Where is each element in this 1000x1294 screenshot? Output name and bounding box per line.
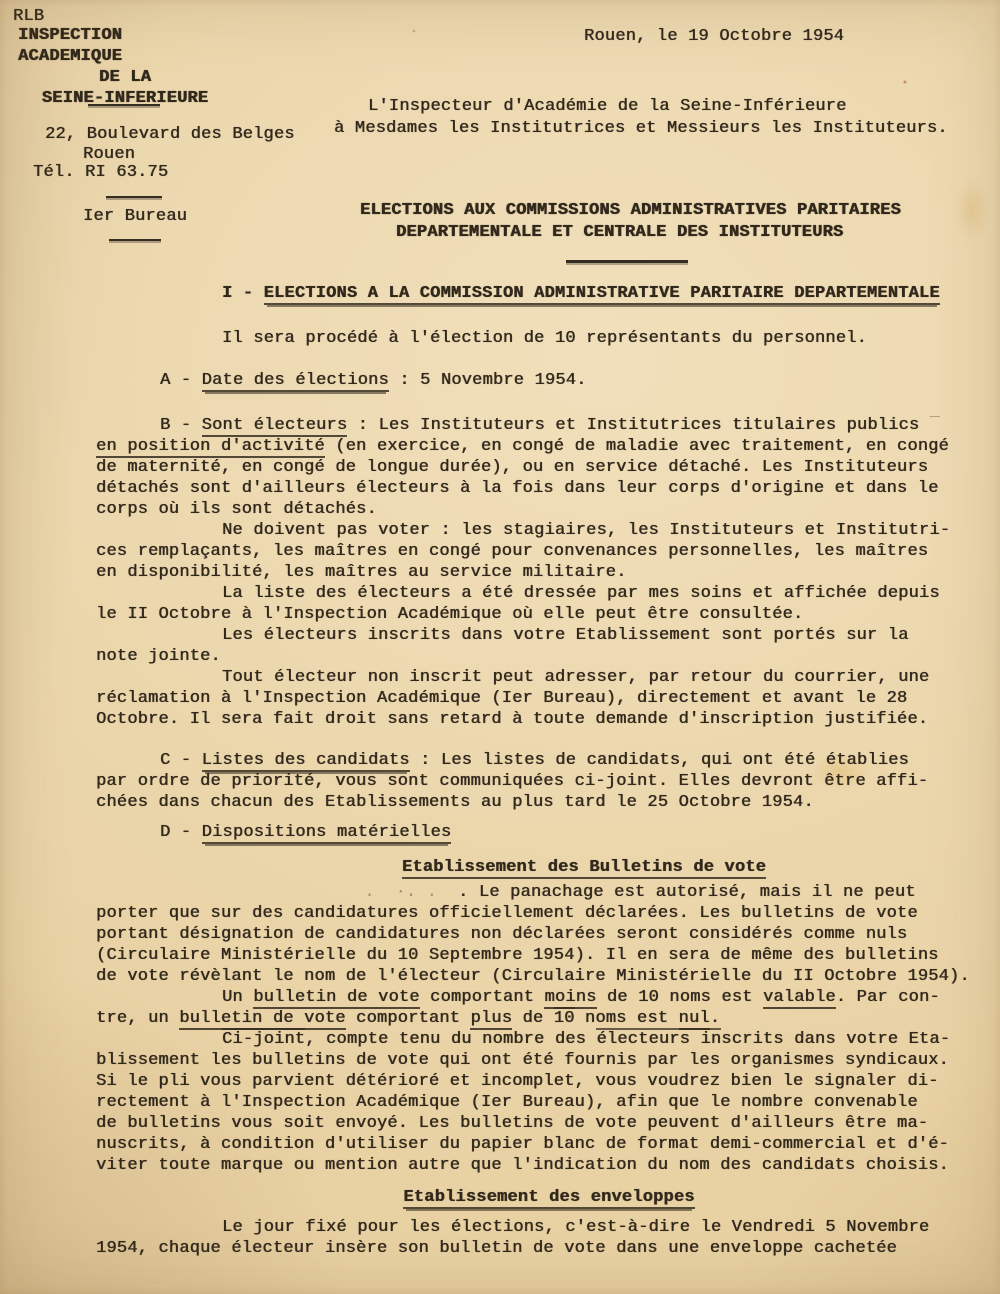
text-segment: La liste des électeurs a été dressée par… [222, 584, 940, 603]
text-segment: tre, un [96, 1009, 179, 1028]
reference-code: RLB [13, 6, 44, 27]
double-underlined-text: Date des élections [202, 371, 389, 392]
text-line: . ·. . . Le panachage est autorisé, mais… [354, 882, 972, 903]
underlined-text: plus [470, 1009, 512, 1030]
text-segment: Le jour fixé pour les élections, c'est-à… [222, 1218, 929, 1237]
subject-title-line: ELECTIONS AUX COMMISSIONS ADMINISTRATIVE… [360, 200, 901, 221]
text-segment: . Par con- [836, 988, 940, 1007]
text-line: Si le pli vous parvient détérioré et inc… [96, 1071, 972, 1092]
text-line: rectement à l'Inspection Académique (Ier… [96, 1092, 972, 1113]
text-line: B - Sont électeurs : Les Instituteurs et… [160, 415, 972, 436]
text-line: Octobre. Il sera fait droit sans retard … [96, 709, 972, 730]
double-underlined-text: ELECTIONS A LA COMMISSION ADMINISTRATIVE… [264, 284, 940, 305]
text-line: Etablissement des Bulletins de vote [96, 857, 972, 878]
recipient-line: à Mesdames les Institutrices et Messieur… [334, 118, 948, 139]
item-c-listes: C - Listes des candidats : Les listes de… [96, 750, 972, 813]
letterhead-divider [88, 104, 160, 106]
letterhead-divider [109, 239, 161, 241]
text-segment: comportant [346, 1009, 471, 1028]
text-line: corps où ils sont détachés. [96, 499, 972, 520]
overlined-text: Ci-joint [222, 1028, 305, 1049]
text-line: en disponibilité, les maîtres au service… [96, 562, 972, 583]
underlined-text: bulletin de vote [179, 1009, 345, 1030]
text-segment: Si le pli vous parvient détérioré et inc… [96, 1072, 939, 1091]
text-segment: de bulletins vous soit envoyé. Les bulle… [96, 1114, 928, 1133]
text-line: La liste des électeurs a été dressée par… [222, 583, 972, 604]
text-line: nuscrits, à condition d'utiliser du papi… [96, 1134, 972, 1155]
section-1-heading: I - ELECTIONS A LA COMMISSION ADMINISTRA… [96, 283, 972, 304]
double-underlined-text: Listes des candidats [202, 751, 410, 772]
underlined-text: bulletin de vote [253, 988, 419, 1009]
letterhead-divider [106, 196, 162, 198]
item-a-date: A - Date des élections : 5 Novembre 1954… [96, 370, 972, 391]
text-line: blissement les bulletins de vote qui ont… [96, 1050, 972, 1071]
para-bulletins: . ·. . . Le panachage est autorisé, mais… [96, 882, 972, 1176]
underlined-text: en position d'activité [96, 437, 325, 458]
text-segment: I - [222, 284, 264, 303]
document-body: I - ELECTIONS A LA COMMISSION ADMINISTRA… [96, 283, 972, 1259]
intro-line: Il sera procédé à l'élection de 10 repré… [96, 328, 972, 349]
text-segment: nuscrits, à condition d'utiliser du papi… [96, 1135, 949, 1154]
text-segment: par ordre de priorité, vous sont communi… [96, 772, 928, 791]
sender-line: L'Inspecteur d'Académie de la Seine-Infé… [368, 96, 846, 117]
text-segment: porter que sur des candidatures officiel… [96, 904, 918, 923]
text-segment: D - [160, 823, 202, 842]
text-segment: comportant [420, 988, 545, 1007]
text-line: tre, un bulletin de vote comportant plus… [96, 1008, 972, 1029]
text-segment: : Les listes de candidats, qui ont été é… [410, 751, 909, 770]
text-line: D - Dispositions matérielles [160, 822, 972, 843]
text-line: Etablissement des enveloppes [96, 1187, 972, 1208]
text-segment: réclamation à l'Inspection Académique (I… [96, 689, 907, 708]
text-line: C - Listes des candidats : Les listes de… [160, 750, 972, 771]
bureau-line: Ier Bureau [83, 206, 187, 227]
text-segment: en disponibilité, les maîtres au service… [96, 563, 627, 582]
text-line: Les électeurs inscrits dans votre Etabli… [222, 625, 972, 646]
text-segment: (en exercice, en congé de maladie avec t… [325, 437, 949, 456]
underlined-text: Sont électeurs [202, 416, 348, 437]
text-line: chées dans chacun des Etablissements au … [96, 792, 972, 813]
text-segment: : Les Instituteurs et Institutrices titu… [347, 416, 930, 435]
text-segment: note jointe. [96, 647, 221, 666]
underlined-text: nul [679, 1009, 710, 1030]
text-line: de bulletins vous soit envoyé. Les bulle… [96, 1113, 972, 1134]
text-line: porter que sur des candidatures officiel… [96, 903, 972, 924]
text-line: A - Date des élections : 5 Novembre 1954… [160, 370, 972, 391]
text-segment: blissement les bulletins de vote qui ont… [96, 1051, 949, 1070]
text-line: Il sera procédé à l'élection de 10 repré… [222, 328, 972, 349]
underlined-text: valable [763, 988, 836, 1009]
text-segment: (Circulaire Ministérielle du 10 Septembr… [96, 946, 939, 965]
text-line: le II Octobre à l'Inspection Académique … [96, 604, 972, 625]
text-line: réclamation à l'Inspection Académique (I… [96, 688, 972, 709]
text-line: 1954, chaque électeur insère son bulleti… [96, 1238, 972, 1259]
text-segment: de 10 noms est [597, 988, 763, 1007]
phone-line: Tél. RI 63.75 [33, 162, 168, 183]
text-segment: , compte tenu du nombre des [305, 1030, 596, 1049]
text-line: détachés sont d'ailleurs électeurs à la … [96, 478, 972, 499]
underlined-text: moins [544, 988, 596, 1009]
text-line: Ci-joint, compte tenu du nombre des élec… [222, 1029, 972, 1050]
text-line: viter toute marque ou mention autre que … [96, 1155, 972, 1176]
text-segment: . [710, 1009, 720, 1028]
letterhead: INSPECTION ACADEMIQUE DE LA SEINE-INFERI… [18, 25, 232, 109]
text-line: par ordre de priorité, vous sont communi… [96, 771, 972, 792]
text-line: portant désignation de candidatures non … [96, 924, 972, 945]
subheading-bulletins: Etablissement des Bulletins de vote [96, 857, 972, 878]
text-segment: noms est [575, 1009, 679, 1028]
text-segment: : 5 Novembre 1954. [389, 371, 587, 390]
text-segment: 1954, chaque électeur insère son bulleti… [96, 1239, 897, 1258]
double-underlined-text: Etablissement des enveloppes [403, 1188, 694, 1209]
text-segment: Il sera procédé à l'élection de 10 repré… [222, 329, 867, 348]
subheading-enveloppes: Etablissement des enveloppes [96, 1187, 972, 1208]
text-segment: Les électeurs inscrits dans votre Etabli… [222, 626, 909, 645]
text-segment: portant désignation de candidatures non … [96, 925, 907, 944]
para-enveloppes: Le jour fixé pour les élections, c'est-à… [96, 1217, 972, 1259]
org-name-line: DE LA [18, 67, 232, 88]
text-segment: de vote révèlant le nom de l'électeur (C… [96, 967, 970, 986]
text-segment: ces remplaçants, les maîtres en congé po… [96, 542, 928, 561]
text-line: Ne doivent pas voter : les stagiaires, l… [222, 520, 972, 541]
subject-title-line: DEPARTEMENTALE ET CENTRALE DES INSTITUTE… [396, 222, 843, 243]
text-segment: Un [222, 988, 253, 1007]
text-line: (Circulaire Ministérielle du 10 Septembr… [96, 945, 972, 966]
text-segment: de [512, 1009, 554, 1028]
text-segment: chées dans chacun des Etablissements au … [96, 793, 814, 812]
overlined-text: électeurs in [596, 1028, 721, 1049]
text-line: en position d'activité (en exercice, en … [96, 436, 972, 457]
dateline: Rouen, le 19 Octobre 1954 [584, 26, 844, 47]
text-line: de maternité, en congé de longue durée),… [96, 457, 972, 478]
text-segment: . Le panachage est autorisé, mais il ne … [458, 883, 916, 902]
org-name-line: INSPECTION ACADEMIQUE [18, 25, 232, 67]
text-line: Tout électeur non inscrit peut adresser,… [222, 667, 972, 688]
double-underlined-text: Dispositions matérielles [202, 823, 452, 844]
text-segment: A - [160, 371, 202, 390]
text-segment: rectement à l'Inspection Académique (Ier… [96, 1093, 918, 1112]
text-segment: B - [160, 416, 202, 435]
text-line: Le jour fixé pour les élections, c'est-à… [222, 1217, 972, 1238]
item-d-dispositions: D - Dispositions matérielles [96, 822, 972, 843]
text-segment: C - [160, 751, 202, 770]
text-segment: détachés sont d'ailleurs électeurs à la … [96, 479, 939, 498]
document-page: RLB INSPECTION ACADEMIQUE DE LA SEINE-IN… [0, 0, 1000, 1294]
text-segment: de maternité, en congé de longue durée),… [96, 458, 928, 477]
text-segment: Ne doivent pas voter : les stagiaires, l… [222, 521, 950, 540]
underlined-text: Etablissement des Bulletins de vote [402, 858, 766, 879]
text-segment: Octobre. Il sera fait droit sans retard … [96, 710, 928, 729]
text-segment: Tout électeur non inscrit peut adresser,… [222, 668, 929, 687]
text-line: ces remplaçants, les maîtres en congé po… [96, 541, 972, 562]
overlined-text: 10 [554, 1007, 575, 1028]
text-line: note jointe. [96, 646, 972, 667]
address-line: 22, Boulevard des Belges [45, 124, 295, 145]
text-segment: scrits dans votre Eta- [721, 1030, 950, 1049]
subject-divider [566, 260, 688, 263]
text-segment: viter toute marque ou mention autre que … [96, 1156, 949, 1175]
item-b-electeurs: B - Sont électeurs : Les Instituteurs et… [96, 415, 972, 730]
text-line: de vote révèlant le nom de l'électeur (C… [96, 966, 972, 987]
faint-mark: ‾ [930, 416, 940, 435]
faint-mark: . ·. . [354, 883, 458, 902]
text-line: Un bulletin de vote comportant moins de … [222, 987, 972, 1008]
text-segment: corps où ils sont détachés. [96, 500, 377, 519]
text-segment: le II Octobre à l'Inspection Académique … [96, 605, 803, 624]
text-line: I - ELECTIONS A LA COMMISSION ADMINISTRA… [222, 283, 972, 304]
